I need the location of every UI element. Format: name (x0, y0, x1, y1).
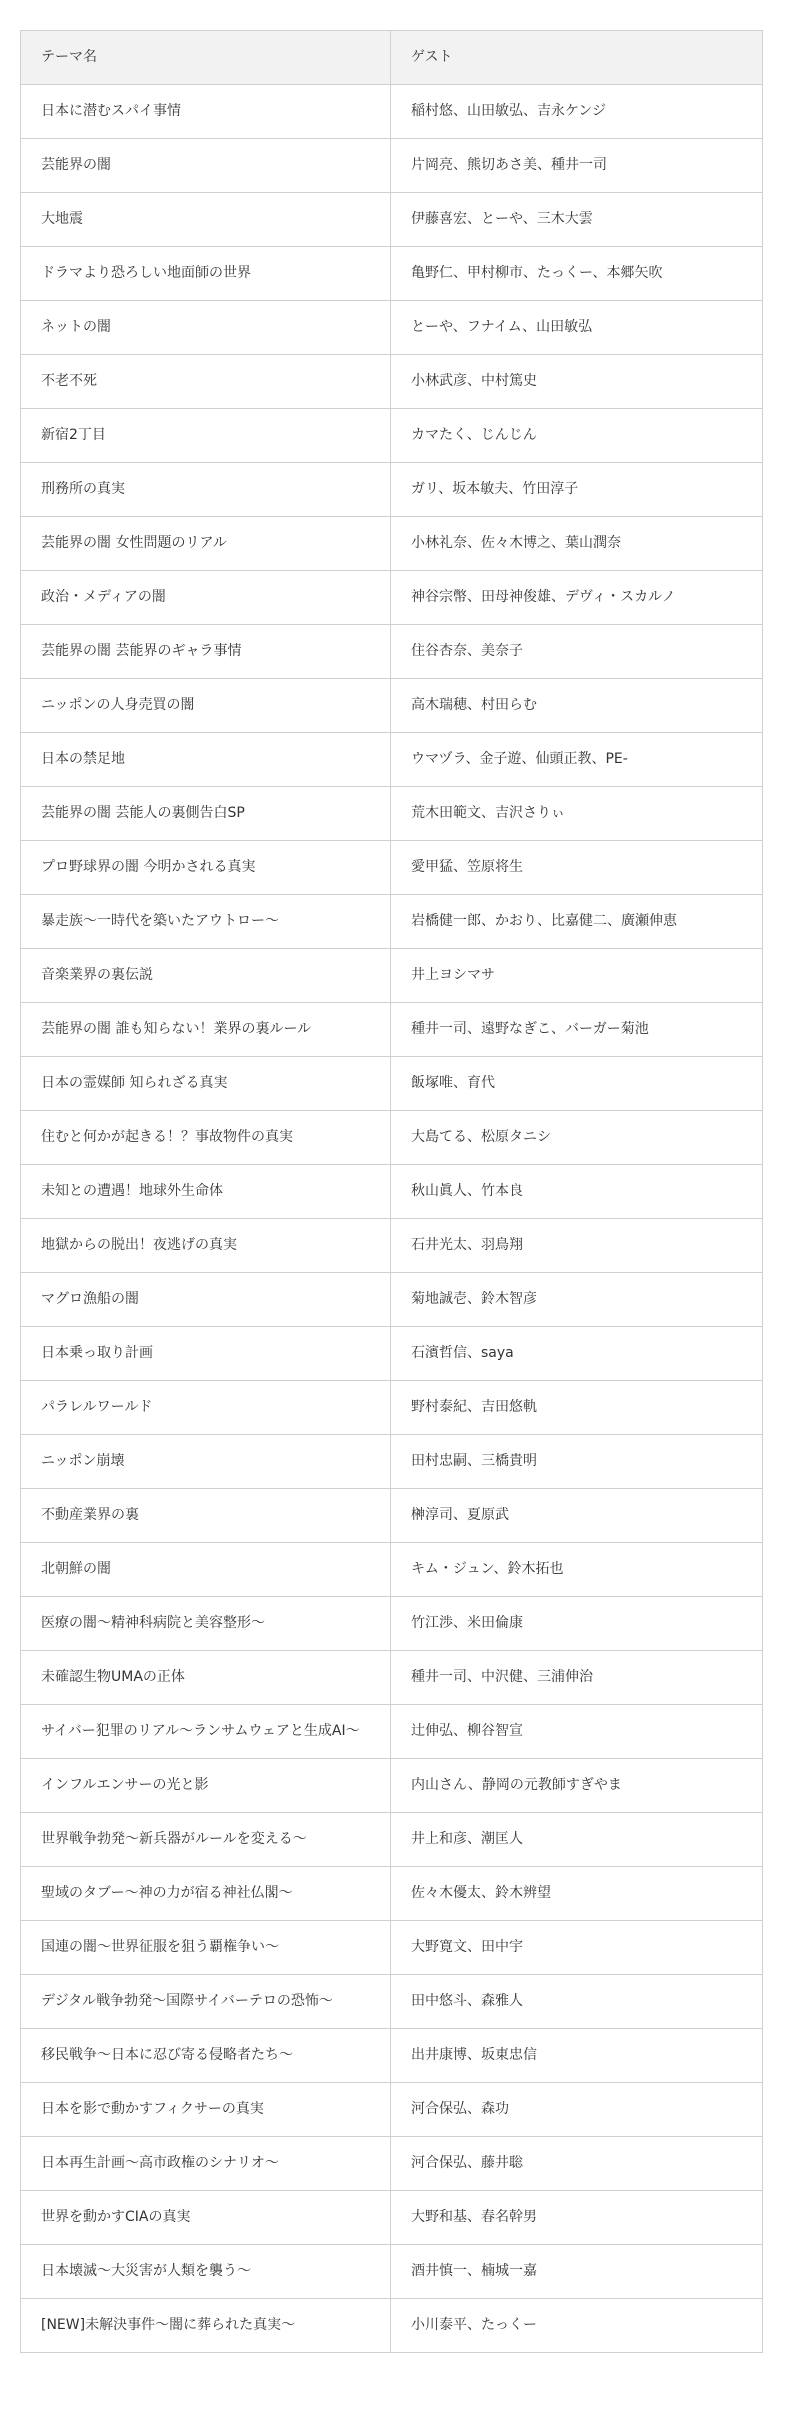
guest-cell: 石濱哲信、saya (391, 1327, 763, 1381)
guest-cell: 高木瑞穂、村田らむ (391, 679, 763, 733)
table-row: 世界戦争勃発〜新兵器がルールを変える〜井上和彦、潮匡人 (21, 1813, 763, 1867)
table-row: 芸能界の闇 芸能人の裏側告白SP荒木田範文、吉沢さりぃ (21, 787, 763, 841)
guest-cell: 井上ヨシマサ (391, 949, 763, 1003)
guest-cell: 大島てる、松原タニシ (391, 1111, 763, 1165)
theme-name-cell: サイバー犯罪のリアル〜ランサムウェアと生成AI〜 (21, 1705, 391, 1759)
guest-cell: 出井康博、坂東忠信 (391, 2029, 763, 2083)
table-row: 日本の禁足地ウマヅラ、金子遊、仙頭正教、PE- (21, 733, 763, 787)
theme-name-cell: マグロ漁船の闇 (21, 1273, 391, 1327)
table-row: 不動産業界の裏榊淳司、夏原武 (21, 1489, 763, 1543)
guest-cell: 田中悠斗、森雅人 (391, 1975, 763, 2029)
guest-cell: カマたく、じんじん (391, 409, 763, 463)
theme-name-cell: 暴走族〜一時代を築いたアウトロー〜 (21, 895, 391, 949)
table-row: ニッポンの人身売買の闇高木瑞穂、村田らむ (21, 679, 763, 733)
theme-guest-table: テーマ名 ゲスト 日本に潜むスパイ事情稲村悠、山田敏弘、吉永ケンジ芸能界の闇片岡… (20, 30, 763, 2353)
table-row: 移民戦争〜日本に忍び寄る侵略者たち〜出井康博、坂東忠信 (21, 2029, 763, 2083)
table-row: 芸能界の闇 誰も知らない！業界の裏ルール種井一司、遠野なぎこ、バーガー菊池 (21, 1003, 763, 1057)
theme-name-cell: 日本に潜むスパイ事情 (21, 85, 391, 139)
theme-guest-table-container: テーマ名 ゲスト 日本に潜むスパイ事情稲村悠、山田敏弘、吉永ケンジ芸能界の闇片岡… (20, 30, 762, 2353)
table-row: サイバー犯罪のリアル〜ランサムウェアと生成AI〜辻伸弘、柳谷智宣 (21, 1705, 763, 1759)
guest-cell: 種井一司、遠野なぎこ、バーガー菊池 (391, 1003, 763, 1057)
table-row: 住むと何かが起きる！？事故物件の真実大島てる、松原タニシ (21, 1111, 763, 1165)
guest-cell: 荒木田範文、吉沢さりぃ (391, 787, 763, 841)
header-guest: ゲスト (391, 31, 763, 85)
guest-cell: ウマヅラ、金子遊、仙頭正教、PE- (391, 733, 763, 787)
guest-cell: 神谷宗幣、田母神俊雄、デヴィ・スカルノ (391, 571, 763, 625)
guest-cell: 愛甲猛、笠原将生 (391, 841, 763, 895)
guest-cell: 酒井慎一、楠城一嘉 (391, 2245, 763, 2299)
table-row: 芸能界の闇片岡亮、熊切あさ美、種井一司 (21, 139, 763, 193)
table-row: 日本乗っ取り計画石濱哲信、saya (21, 1327, 763, 1381)
theme-name-cell: 未確認生物UMAの正体 (21, 1651, 391, 1705)
guest-cell: 内山さん、静岡の元教師すぎやま (391, 1759, 763, 1813)
theme-name-cell: 音楽業界の裏伝説 (21, 949, 391, 1003)
table-row: インフルエンサーの光と影内山さん、静岡の元教師すぎやま (21, 1759, 763, 1813)
guest-cell: 竹江渉、米田倫康 (391, 1597, 763, 1651)
theme-name-cell: 世界を動かすCIAの真実 (21, 2191, 391, 2245)
table-row: 芸能界の闇 女性問題のリアル小林礼奈、佐々木博之、葉山潤奈 (21, 517, 763, 571)
theme-name-cell: [NEW]未解決事件〜闇に葬られた真実〜 (21, 2299, 391, 2353)
guest-cell: 片岡亮、熊切あさ美、種井一司 (391, 139, 763, 193)
guest-cell: 大野和基、春名幹男 (391, 2191, 763, 2245)
guest-cell: 井上和彦、潮匡人 (391, 1813, 763, 1867)
theme-name-cell: 芸能界の闇 女性問題のリアル (21, 517, 391, 571)
table-row: 日本壊滅〜大災害が人類を襲う〜酒井慎一、楠城一嘉 (21, 2245, 763, 2299)
guest-cell: 菊地誠壱、鈴木智彦 (391, 1273, 763, 1327)
table-row: 聖域のタブー〜神の力が宿る神社仏閣〜佐々木優太、鈴木辨望 (21, 1867, 763, 1921)
theme-name-cell: ドラマより恐ろしい地面師の世界 (21, 247, 391, 301)
theme-name-cell: 芸能界の闇 (21, 139, 391, 193)
guest-cell: 岩橋健一郎、かおり、比嘉健二、廣瀬伸恵 (391, 895, 763, 949)
guest-cell: 田村忠嗣、三橋貴明 (391, 1435, 763, 1489)
guest-cell: 住谷杏奈、美奈子 (391, 625, 763, 679)
theme-name-cell: ネットの闇 (21, 301, 391, 355)
table-body: 日本に潜むスパイ事情稲村悠、山田敏弘、吉永ケンジ芸能界の闇片岡亮、熊切あさ美、種… (21, 85, 763, 2353)
theme-name-cell: 国連の闇〜世界征服を狙う覇権争い〜 (21, 1921, 391, 1975)
theme-name-cell: 政治・メディアの闇 (21, 571, 391, 625)
guest-cell: 秋山眞人、竹本良 (391, 1165, 763, 1219)
table-row: 世界を動かすCIAの真実大野和基、春名幹男 (21, 2191, 763, 2245)
guest-cell: 河合保弘、森功 (391, 2083, 763, 2137)
table-row: 未知との遭遇！地球外生命体秋山眞人、竹本良 (21, 1165, 763, 1219)
table-header: テーマ名 ゲスト (21, 31, 763, 85)
theme-name-cell: 不老不死 (21, 355, 391, 409)
theme-name-cell: ニッポン崩壊 (21, 1435, 391, 1489)
theme-name-cell: 移民戦争〜日本に忍び寄る侵略者たち〜 (21, 2029, 391, 2083)
table-row: プロ野球界の闇 今明かされる真実愛甲猛、笠原将生 (21, 841, 763, 895)
table-row: 日本の霊媒師 知られざる真実飯塚唯、育代 (21, 1057, 763, 1111)
theme-name-cell: 不動産業界の裏 (21, 1489, 391, 1543)
table-row: 新宿2丁目カマたく、じんじん (21, 409, 763, 463)
theme-name-cell: 刑務所の真実 (21, 463, 391, 517)
header-row: テーマ名 ゲスト (21, 31, 763, 85)
theme-name-cell: インフルエンサーの光と影 (21, 1759, 391, 1813)
theme-name-cell: 聖域のタブー〜神の力が宿る神社仏閣〜 (21, 1867, 391, 1921)
theme-name-cell: 日本の禁足地 (21, 733, 391, 787)
table-row: [NEW]未解決事件〜闇に葬られた真実〜小川泰平、たっくー (21, 2299, 763, 2353)
table-row: 政治・メディアの闇神谷宗幣、田母神俊雄、デヴィ・スカルノ (21, 571, 763, 625)
guest-cell: ガリ、坂本敏夫、竹田淳子 (391, 463, 763, 517)
theme-name-cell: 芸能界の闇 芸能界のギャラ事情 (21, 625, 391, 679)
theme-name-cell: デジタル戦争勃発〜国際サイバーテロの恐怖〜 (21, 1975, 391, 2029)
theme-name-cell: 日本乗っ取り計画 (21, 1327, 391, 1381)
table-row: 芸能界の闇 芸能界のギャラ事情住谷杏奈、美奈子 (21, 625, 763, 679)
theme-name-cell: プロ野球界の闇 今明かされる真実 (21, 841, 391, 895)
theme-name-cell: 日本の霊媒師 知られざる真実 (21, 1057, 391, 1111)
table-row: 刑務所の真実ガリ、坂本敏夫、竹田淳子 (21, 463, 763, 517)
theme-name-cell: 地獄からの脱出！夜逃げの真実 (21, 1219, 391, 1273)
table-row: ニッポン崩壊田村忠嗣、三橋貴明 (21, 1435, 763, 1489)
theme-name-cell: 北朝鮮の闇 (21, 1543, 391, 1597)
table-row: 不老不死小林武彦、中村篤史 (21, 355, 763, 409)
guest-cell: 亀野仁、甲村柳市、たっくー、本郷矢吹 (391, 247, 763, 301)
guest-cell: 小林武彦、中村篤史 (391, 355, 763, 409)
table-row: マグロ漁船の闇菊地誠壱、鈴木智彦 (21, 1273, 763, 1327)
guest-cell: 榊淳司、夏原武 (391, 1489, 763, 1543)
theme-name-cell: ニッポンの人身売買の闇 (21, 679, 391, 733)
table-row: 日本再生計画〜高市政権のシナリオ〜河合保弘、藤井聡 (21, 2137, 763, 2191)
theme-name-cell: 芸能界の闇 芸能人の裏側告白SP (21, 787, 391, 841)
table-row: 医療の闇〜精神科病院と美容整形〜竹江渉、米田倫康 (21, 1597, 763, 1651)
guest-cell: キム・ジュン、鈴木拓也 (391, 1543, 763, 1597)
theme-name-cell: 日本壊滅〜大災害が人類を襲う〜 (21, 2245, 391, 2299)
guest-cell: 小林礼奈、佐々木博之、葉山潤奈 (391, 517, 763, 571)
theme-name-cell: 医療の闇〜精神科病院と美容整形〜 (21, 1597, 391, 1651)
guest-cell: 小川泰平、たっくー (391, 2299, 763, 2353)
table-row: ネットの闇とーや、フナイム、山田敏弘 (21, 301, 763, 355)
table-row: 大地震伊藤喜宏、とーや、三木大雲 (21, 193, 763, 247)
table-row: パラレルワールド野村泰紀、吉田悠軌 (21, 1381, 763, 1435)
table-row: 暴走族〜一時代を築いたアウトロー〜岩橋健一郎、かおり、比嘉健二、廣瀬伸恵 (21, 895, 763, 949)
theme-name-cell: 住むと何かが起きる！？事故物件の真実 (21, 1111, 391, 1165)
guest-cell: 石井光太、羽鳥翔 (391, 1219, 763, 1273)
theme-name-cell: 日本を影で動かすフィクサーの真実 (21, 2083, 391, 2137)
theme-name-cell: 未知との遭遇！地球外生命体 (21, 1165, 391, 1219)
table-row: 日本に潜むスパイ事情稲村悠、山田敏弘、吉永ケンジ (21, 85, 763, 139)
table-row: 音楽業界の裏伝説井上ヨシマサ (21, 949, 763, 1003)
theme-name-cell: パラレルワールド (21, 1381, 391, 1435)
table-row: 国連の闇〜世界征服を狙う覇権争い〜大野寛文、田中宇 (21, 1921, 763, 1975)
table-row: 地獄からの脱出！夜逃げの真実石井光太、羽鳥翔 (21, 1219, 763, 1273)
theme-name-cell: 大地震 (21, 193, 391, 247)
theme-name-cell: 芸能界の闇 誰も知らない！業界の裏ルール (21, 1003, 391, 1057)
guest-cell: 野村泰紀、吉田悠軌 (391, 1381, 763, 1435)
guest-cell: 辻伸弘、柳谷智宣 (391, 1705, 763, 1759)
guest-cell: とーや、フナイム、山田敏弘 (391, 301, 763, 355)
guest-cell: 稲村悠、山田敏弘、吉永ケンジ (391, 85, 763, 139)
table-row: ドラマより恐ろしい地面師の世界亀野仁、甲村柳市、たっくー、本郷矢吹 (21, 247, 763, 301)
theme-name-cell: 世界戦争勃発〜新兵器がルールを変える〜 (21, 1813, 391, 1867)
table-row: 北朝鮮の闇キム・ジュン、鈴木拓也 (21, 1543, 763, 1597)
table-row: 未確認生物UMAの正体種井一司、中沢健、三浦伸治 (21, 1651, 763, 1705)
guest-cell: 大野寛文、田中宇 (391, 1921, 763, 1975)
guest-cell: 佐々木優太、鈴木辨望 (391, 1867, 763, 1921)
guest-cell: 種井一司、中沢健、三浦伸治 (391, 1651, 763, 1705)
theme-name-cell: 日本再生計画〜高市政権のシナリオ〜 (21, 2137, 391, 2191)
table-row: デジタル戦争勃発〜国際サイバーテロの恐怖〜田中悠斗、森雅人 (21, 1975, 763, 2029)
theme-name-cell: 新宿2丁目 (21, 409, 391, 463)
table-row: 日本を影で動かすフィクサーの真実河合保弘、森功 (21, 2083, 763, 2137)
guest-cell: 伊藤喜宏、とーや、三木大雲 (391, 193, 763, 247)
guest-cell: 河合保弘、藤井聡 (391, 2137, 763, 2191)
header-theme-name: テーマ名 (21, 31, 391, 85)
guest-cell: 飯塚唯、育代 (391, 1057, 763, 1111)
